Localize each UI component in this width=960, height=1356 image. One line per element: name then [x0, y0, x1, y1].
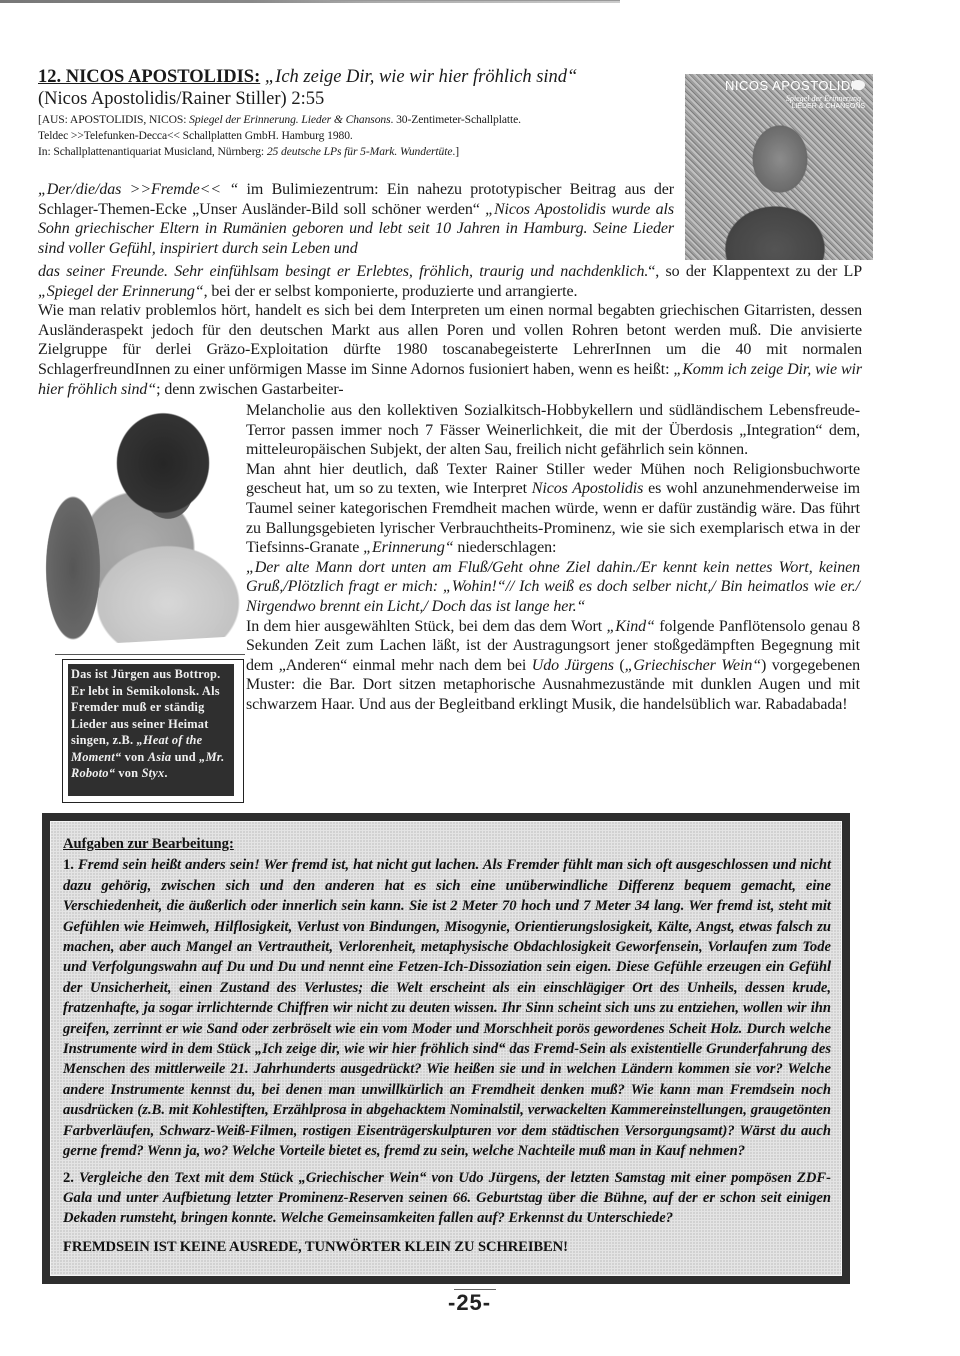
paren-open: (	[614, 657, 625, 674]
source-shop: In: Schallplattenantiquariat Musicland, …	[38, 145, 267, 158]
analysis-paragraph: Wie man relativ problemlos hört, handelt…	[38, 301, 862, 399]
task-item-2: 2. Vergleiche den Text mit dem Stück „Gr…	[63, 1168, 831, 1229]
label-logo-icon	[851, 80, 865, 90]
source-collection: 25 deutsche LPs für 5-Mark. Wundertüte	[267, 145, 453, 158]
paragraph-melancholie: Melancholie aus den kollektiven Sozialki…	[246, 401, 860, 460]
photo-caption-box: Das ist Jürgen aus Bottrop. Er lebt in S…	[62, 659, 244, 803]
singer-photo	[18, 408, 242, 648]
lyrics-text: „Der alte Mann dort unten am Fluß/Geht o…	[246, 559, 860, 615]
source-close: .]	[452, 145, 459, 158]
word-kind: „Kind“	[607, 618, 655, 635]
source-label: Teldec >>Telefunken-Decca<< Schallplatte…	[38, 129, 353, 142]
album-cover-title: NICOS APOSTOLIDIS	[725, 78, 864, 93]
liner-text: “, so der Klappentext zu der LP	[648, 263, 862, 280]
album-cover-subtitle2: LIEDER & CHANSONS	[791, 103, 865, 110]
liner-notes-end: das seiner Freunde. Sehr einfühlsam besi…	[38, 263, 648, 280]
task-number: 2.	[63, 1170, 74, 1186]
analysis-text-end: ; denn zwischen Gastarbeiter-	[156, 381, 343, 398]
caption-von-1: von	[121, 750, 147, 764]
tasks-box: Aufgaben zur Bearbeitung: 1. Fremd sein …	[42, 813, 850, 1284]
right-column-text: Melancholie aus den kollektiven Sozialki…	[246, 401, 860, 715]
track-number-artist: 12. NICOS APOSTOLIDIS:	[38, 67, 260, 87]
song-title: „Ich zeige Dir, wie wir hier fröhlich si…	[265, 67, 577, 87]
task-item-1: 1. Fremd sein heißt anders sein! Wer fre…	[63, 855, 831, 1161]
album-name: „Spiegel der Erinnerung“	[38, 283, 204, 300]
song-wein: „Griechischer Wein“	[625, 657, 761, 674]
album-cover-subtitle: Spiegel der Erinnerung	[786, 94, 861, 103]
scan-artifact-top-line	[330, 0, 620, 1]
paragraph-texter: Man ahnt hier deutlich, daß Texter Raine…	[246, 460, 860, 558]
bar-text: In dem hier ausgewählten Stück, bei dem …	[246, 618, 607, 635]
caption-period: .	[164, 766, 167, 780]
task-text: Fremd sein heißt anders sein! Wer fremd …	[63, 857, 831, 1159]
task-number: 1.	[63, 857, 74, 873]
artist-udo: Udo Jürgens	[532, 657, 614, 674]
caption-band-2: Styx	[142, 766, 165, 780]
tasks-content: Aufgaben zur Bearbeitung: 1. Fremd sein …	[50, 821, 842, 1276]
caption-von-2: von	[115, 766, 141, 780]
caption-band-1: Asia	[148, 750, 172, 764]
source-album-title: Spiegel der Erinnerung. Lieder & Chanson…	[189, 113, 390, 126]
paragraph-bar: In dem hier ausgewählten Stück, bei dem …	[246, 617, 860, 715]
song-erinnerung: „Erinnerung“	[363, 539, 453, 556]
source-format: . 30-Zentimeter-Schallplatte.	[391, 113, 521, 126]
lyrics-quote: „Der alte Mann dort unten am Fluß/Geht o…	[246, 558, 860, 617]
caption-und: und	[171, 750, 199, 764]
intro-paragraph: „Der/die/das >>Fremde<< “ im Bulimiezent…	[38, 180, 674, 258]
liner-notes-continued: das seiner Freunde. Sehr einfühlsam besi…	[38, 262, 862, 301]
texter-text-3: niederschlagen:	[454, 539, 557, 556]
album-cover-image: NICOS APOSTOLIDIS Spiegel der Erinnerung…	[685, 74, 873, 260]
page-number: -25-	[448, 1290, 491, 1316]
intro-quote: „Der/die/das >>Fremde<< “	[38, 181, 238, 198]
tasks-final-statement: FREMDSEIN IST KEINE AUSREDE, TUNWÖRTER K…	[63, 1237, 831, 1257]
task-text: Vergleiche den Text mit dem Stück „Griec…	[63, 1170, 831, 1227]
tasks-title: Aufgaben zur Bearbeitung:	[63, 834, 831, 854]
photo-divider	[55, 654, 245, 655]
interpret-name: Nicos Apostolidis	[532, 480, 643, 497]
main-paragraphs: das seiner Freunde. Sehr einfühlsam besi…	[38, 262, 862, 399]
source-prefix: [AUS: APOSTOLIDIS, NICOS:	[38, 113, 189, 126]
liner-text-end: , bei der er selbst komponierte, produzi…	[204, 283, 578, 300]
photo-caption: Das ist Jürgen aus Bottrop. Er lebt in S…	[68, 664, 234, 796]
